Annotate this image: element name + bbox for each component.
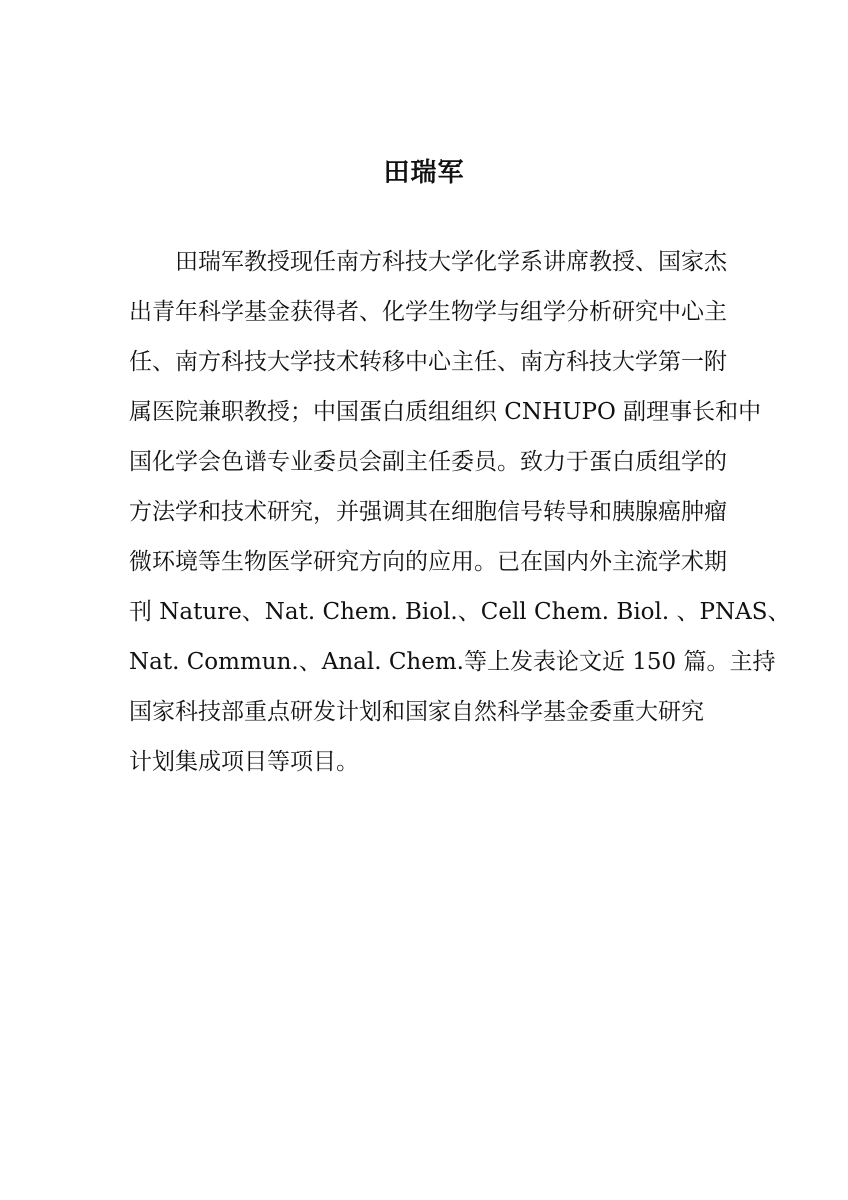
document-page: 田瑞军 田瑞军教授现任南方科技大学化学系讲席教授、国家杰 出青年科学基金获得者、… [0,0,848,1200]
paragraph-line: 方法学和技术研究，并强调其在细胞信号转导和胰腺癌肿瘤 [129,487,719,537]
paragraph-line: 国化学会色谱专业委员会副主任委员。致力于蛋白质组学的 [129,437,719,487]
paragraph-line: 微环境等生物医学研究方向的应用。已在国内外主流学术期 [129,537,719,587]
paragraph-line: 刊 Nature、Nat. Chem. Biol.、Cell Chem. Bio… [129,587,719,637]
paragraph-line: 田瑞军教授现任南方科技大学化学系讲席教授、国家杰 [129,237,719,287]
paragraph-line: Nat. Commun.、Anal. Chem.等上发表论文近 150 篇。主持 [129,637,719,687]
paragraph-line: 计划集成项目等项目。 [129,737,719,787]
paragraph-line: 任、南方科技大学技术转移中心主任、南方科技大学第一附 [129,337,719,387]
paragraph-line: 属医院兼职教授；中国蛋白质组组织 CNHUPO 副理事长和中 [129,387,719,437]
paragraph-line: 国家科技部重点研发计划和国家自然科学基金委重大研究 [129,687,719,737]
biography-paragraph: 田瑞军教授现任南方科技大学化学系讲席教授、国家杰 出青年科学基金获得者、化学生物… [129,237,719,787]
paragraph-line: 出青年科学基金获得者、化学生物学与组学分析研究中心主 [129,287,719,337]
page-title: 田瑞军 [0,152,848,189]
